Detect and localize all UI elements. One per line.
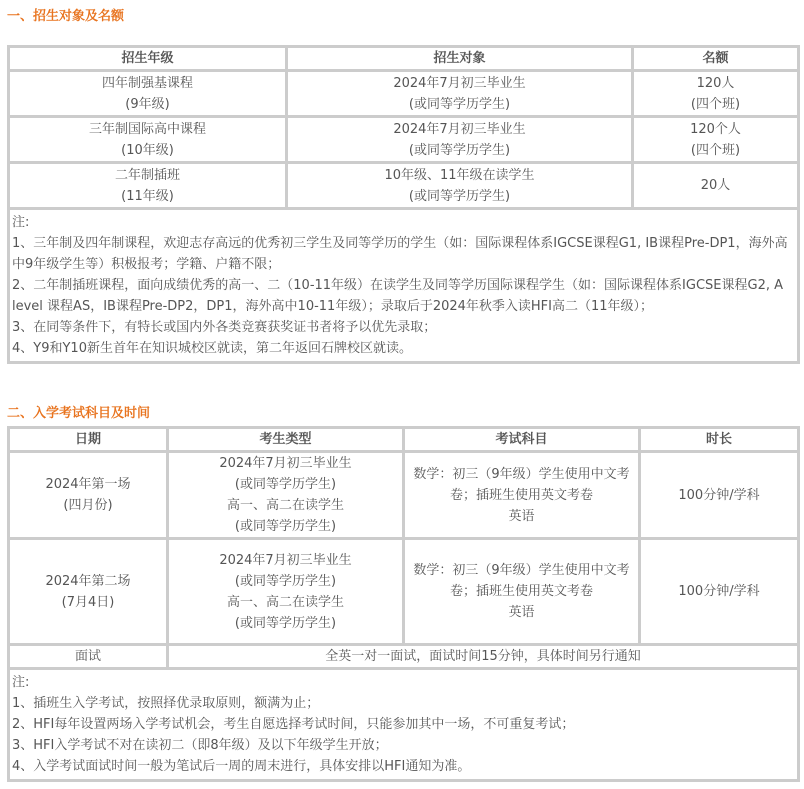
date-cell: 2024年第二场(7月4日) bbox=[9, 539, 168, 645]
note-item: 2、HFI每年设置两场入学考试机会，考生自愿选择考试时间，只能参加其中一场，不可… bbox=[12, 714, 795, 735]
type-cell: 2024年7月初三毕业生(或同等学历学生)高一、高二在读学生(或同等学历学生) bbox=[168, 539, 404, 645]
note-item: 3、HFI入学考试不对在读初二（即8年级）及以下年级学生开放； bbox=[12, 735, 795, 756]
exam-table: 日期 考生类型 考试科目 时长 2024年第一场(四月份) 2024年7月初三毕… bbox=[7, 426, 800, 782]
table-row: 2024年第一场(四月份) 2024年7月初三毕业生(或同等学历学生)高一、高二… bbox=[9, 452, 799, 539]
header-duration: 时长 bbox=[640, 428, 799, 452]
quota-cell: 120个人(四个班) bbox=[633, 117, 799, 163]
notes-cell: 注: 1、插班生入学考试，按照择优录取原则，额满为止； 2、HFI每年设置两场入… bbox=[9, 669, 799, 781]
header-type: 考生类型 bbox=[168, 428, 404, 452]
section-title-exam: 二、入学考试科目及时间 bbox=[7, 406, 150, 422]
header-target: 招生对象 bbox=[287, 47, 633, 71]
interview-label: 面试 bbox=[9, 645, 168, 669]
target-cell: 2024年7月初三毕业生(或同等学历学生) bbox=[287, 117, 633, 163]
section-title-enrollment: 一、招生对象及名额 bbox=[7, 9, 124, 25]
note-item: 2、二年制插班课程，面向成绩优秀的高一、二（10-11年级）在读学生及同等学历国… bbox=[12, 275, 795, 317]
grade-cell: 二年制插班(11年级) bbox=[9, 163, 287, 209]
quota-cell: 20人 bbox=[633, 163, 799, 209]
header-date: 日期 bbox=[9, 428, 168, 452]
interview-detail: 全英一对一面试，面试时间15分钟，具体时间另行通知 bbox=[168, 645, 799, 669]
table-row: 2024年第二场(7月4日) 2024年7月初三毕业生(或同等学历学生)高一、高… bbox=[9, 539, 799, 645]
quota-cell: 120人(四个班) bbox=[633, 71, 799, 117]
note-item: 4、Y9和Y10新生首年在知识城校区就读，第二年返回石牌校区就读。 bbox=[12, 338, 795, 359]
target-cell: 2024年7月初三毕业生(或同等学历学生) bbox=[287, 71, 633, 117]
table-row: 四年制强基课程(9年级) 2024年7月初三毕业生(或同等学历学生) 120人(… bbox=[9, 71, 799, 117]
note-item: 1、插班生入学考试，按照择优录取原则，额满为止； bbox=[12, 693, 795, 714]
enrollment-table: 招生年级 招生对象 名额 四年制强基课程(9年级) 2024年7月初三毕业生(或… bbox=[7, 45, 800, 364]
notes-row: 注: 1、三年制及四年制课程，欢迎志存高远的优秀初三学生及同等学历的学生（如：国… bbox=[9, 209, 799, 363]
table-row: 二年制插班(11年级) 10年级、11年级在读学生(或同等学历学生) 20人 bbox=[9, 163, 799, 209]
subject-cell: 数学：初三（9年级）学生使用中文考卷；插班生使用英文考卷英语 bbox=[404, 452, 640, 539]
table-header-row: 日期 考生类型 考试科目 时长 bbox=[9, 428, 799, 452]
notes-cell: 注: 1、三年制及四年制课程，欢迎志存高远的优秀初三学生及同等学历的学生（如：国… bbox=[9, 209, 799, 363]
note-heading: 注: bbox=[12, 672, 795, 693]
duration-cell: 100分钟/学科 bbox=[640, 452, 799, 539]
date-cell: 2024年第一场(四月份) bbox=[9, 452, 168, 539]
note-item: 4、入学考试面试时间一般为笔试后一周的周末进行，具体安排以HFI通知为准。 bbox=[12, 756, 795, 777]
header-quota: 名额 bbox=[633, 47, 799, 71]
header-grade: 招生年级 bbox=[9, 47, 287, 71]
interview-row: 面试 全英一对一面试，面试时间15分钟，具体时间另行通知 bbox=[9, 645, 799, 669]
notes-row: 注: 1、插班生入学考试，按照择优录取原则，额满为止； 2、HFI每年设置两场入… bbox=[9, 669, 799, 781]
grade-cell: 三年制国际高中课程(10年级) bbox=[9, 117, 287, 163]
header-subject: 考试科目 bbox=[404, 428, 640, 452]
table-row: 三年制国际高中课程(10年级) 2024年7月初三毕业生(或同等学历学生) 12… bbox=[9, 117, 799, 163]
note-item: 3、在同等条件下，有特长或国内外各类竞赛获奖证书者将予以优先录取； bbox=[12, 317, 795, 338]
duration-cell: 100分钟/学科 bbox=[640, 539, 799, 645]
subject-cell: 数学：初三（9年级）学生使用中文考卷；插班生使用英文考卷英语 bbox=[404, 539, 640, 645]
note-item: 1、三年制及四年制课程，欢迎志存高远的优秀初三学生及同等学历的学生（如：国际课程… bbox=[12, 233, 795, 275]
grade-cell: 四年制强基课程(9年级) bbox=[9, 71, 287, 117]
note-heading: 注: bbox=[12, 212, 795, 233]
table-header-row: 招生年级 招生对象 名额 bbox=[9, 47, 799, 71]
type-cell: 2024年7月初三毕业生(或同等学历学生)高一、高二在读学生(或同等学历学生) bbox=[168, 452, 404, 539]
target-cell: 10年级、11年级在读学生(或同等学历学生) bbox=[287, 163, 633, 209]
